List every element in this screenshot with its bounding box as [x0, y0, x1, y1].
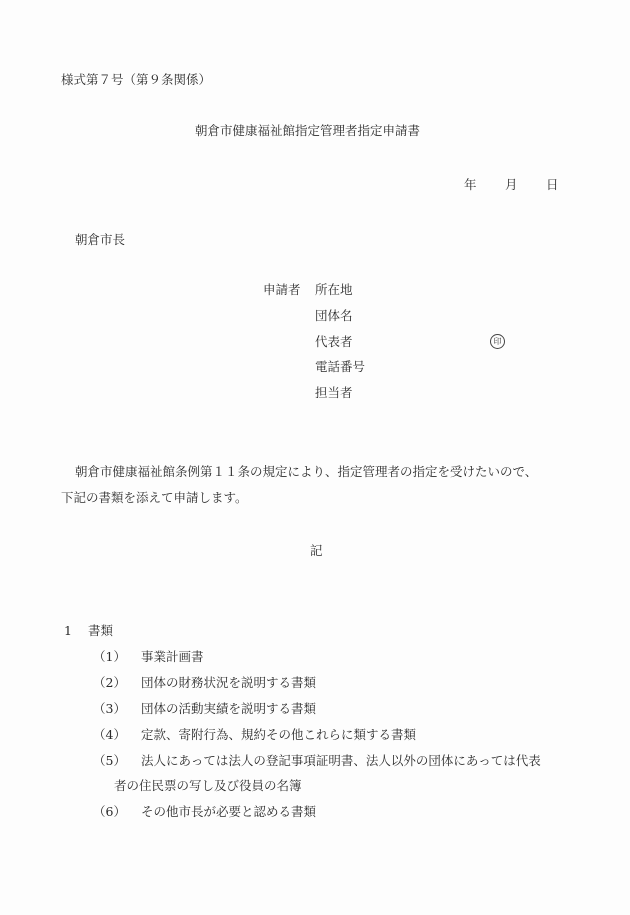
- ki-heading: 記: [310, 543, 323, 559]
- body-line-2: 下記の書類を添えて申請します。: [61, 490, 248, 506]
- item-text: 団体の財務状況を説明する書類: [141, 675, 316, 691]
- date-day: 日: [546, 177, 559, 193]
- field-contact-person: 担当者: [315, 385, 353, 401]
- item-text: 法人にあっては法人の登記事項証明書、法人以外の団体にあっては代表: [141, 753, 541, 769]
- item-text: 定款、寄附行為、規約その他これらに類する書類: [141, 727, 416, 743]
- field-representative: 代表者: [315, 334, 353, 350]
- item-number: （6）: [93, 804, 126, 820]
- item-text: 事業計画書: [141, 649, 204, 665]
- item-text-continuation: 者の住民票の写し及び役員の名簿: [114, 778, 302, 794]
- seal-icon: 印: [490, 334, 505, 349]
- section-number: 1: [64, 623, 72, 639]
- date-month: 月: [505, 177, 518, 193]
- item-number: （4）: [93, 727, 126, 743]
- field-org-name: 団体名: [315, 308, 353, 324]
- document-title: 朝倉市健康福祉館指定管理者指定申請書: [195, 123, 420, 139]
- form-label: 様式第７号（第９条関係）: [61, 72, 211, 88]
- item-number: （1）: [93, 649, 126, 665]
- item-text: その他市長が必要と認める書類: [141, 804, 316, 820]
- applicant-label: 申請者: [263, 282, 301, 298]
- body-line-1: 朝倉市健康福祉館条例第１１条の規定により、指定管理者の指定を受けたいので、: [75, 464, 537, 480]
- addressee: 朝倉市長: [75, 232, 125, 248]
- item-text: 団体の活動実績を説明する書類: [141, 701, 316, 717]
- field-address: 所在地: [315, 282, 353, 298]
- item-number: （3）: [93, 701, 126, 717]
- field-phone: 電話番号: [315, 359, 365, 375]
- item-number: （5）: [93, 753, 126, 769]
- date-year: 年: [464, 177, 477, 193]
- item-number: （2）: [93, 675, 126, 691]
- section-title: 書類: [88, 623, 113, 639]
